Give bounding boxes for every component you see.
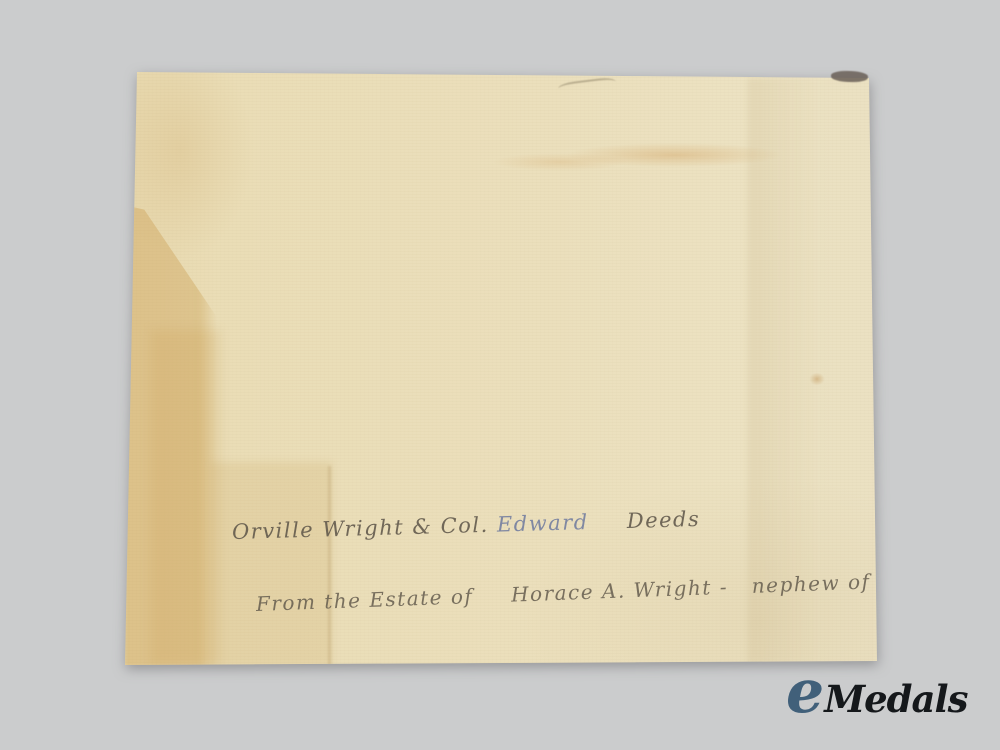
watermark-medals-text: Medals — [824, 681, 967, 718]
photograph-reverse-paper: Orville Wright & Col. Edward Deeds From … — [0, 0, 1000, 750]
inscription-line1-deeds: Deeds — [626, 507, 700, 533]
watermark-e-glyph: e — [786, 662, 822, 722]
paper-texture — [0, 0, 1000, 750]
product-photo-backdrop: Orville Wright & Col. Edward Deeds From … — [0, 0, 1000, 750]
emedals-watermark-logo: e Medals — [786, 662, 967, 722]
inscription-line1-edward-blue-ink: Edward — [497, 510, 589, 537]
photograph-reverse-wrap: Orville Wright & Col. Edward Deeds From … — [0, 0, 1000, 750]
